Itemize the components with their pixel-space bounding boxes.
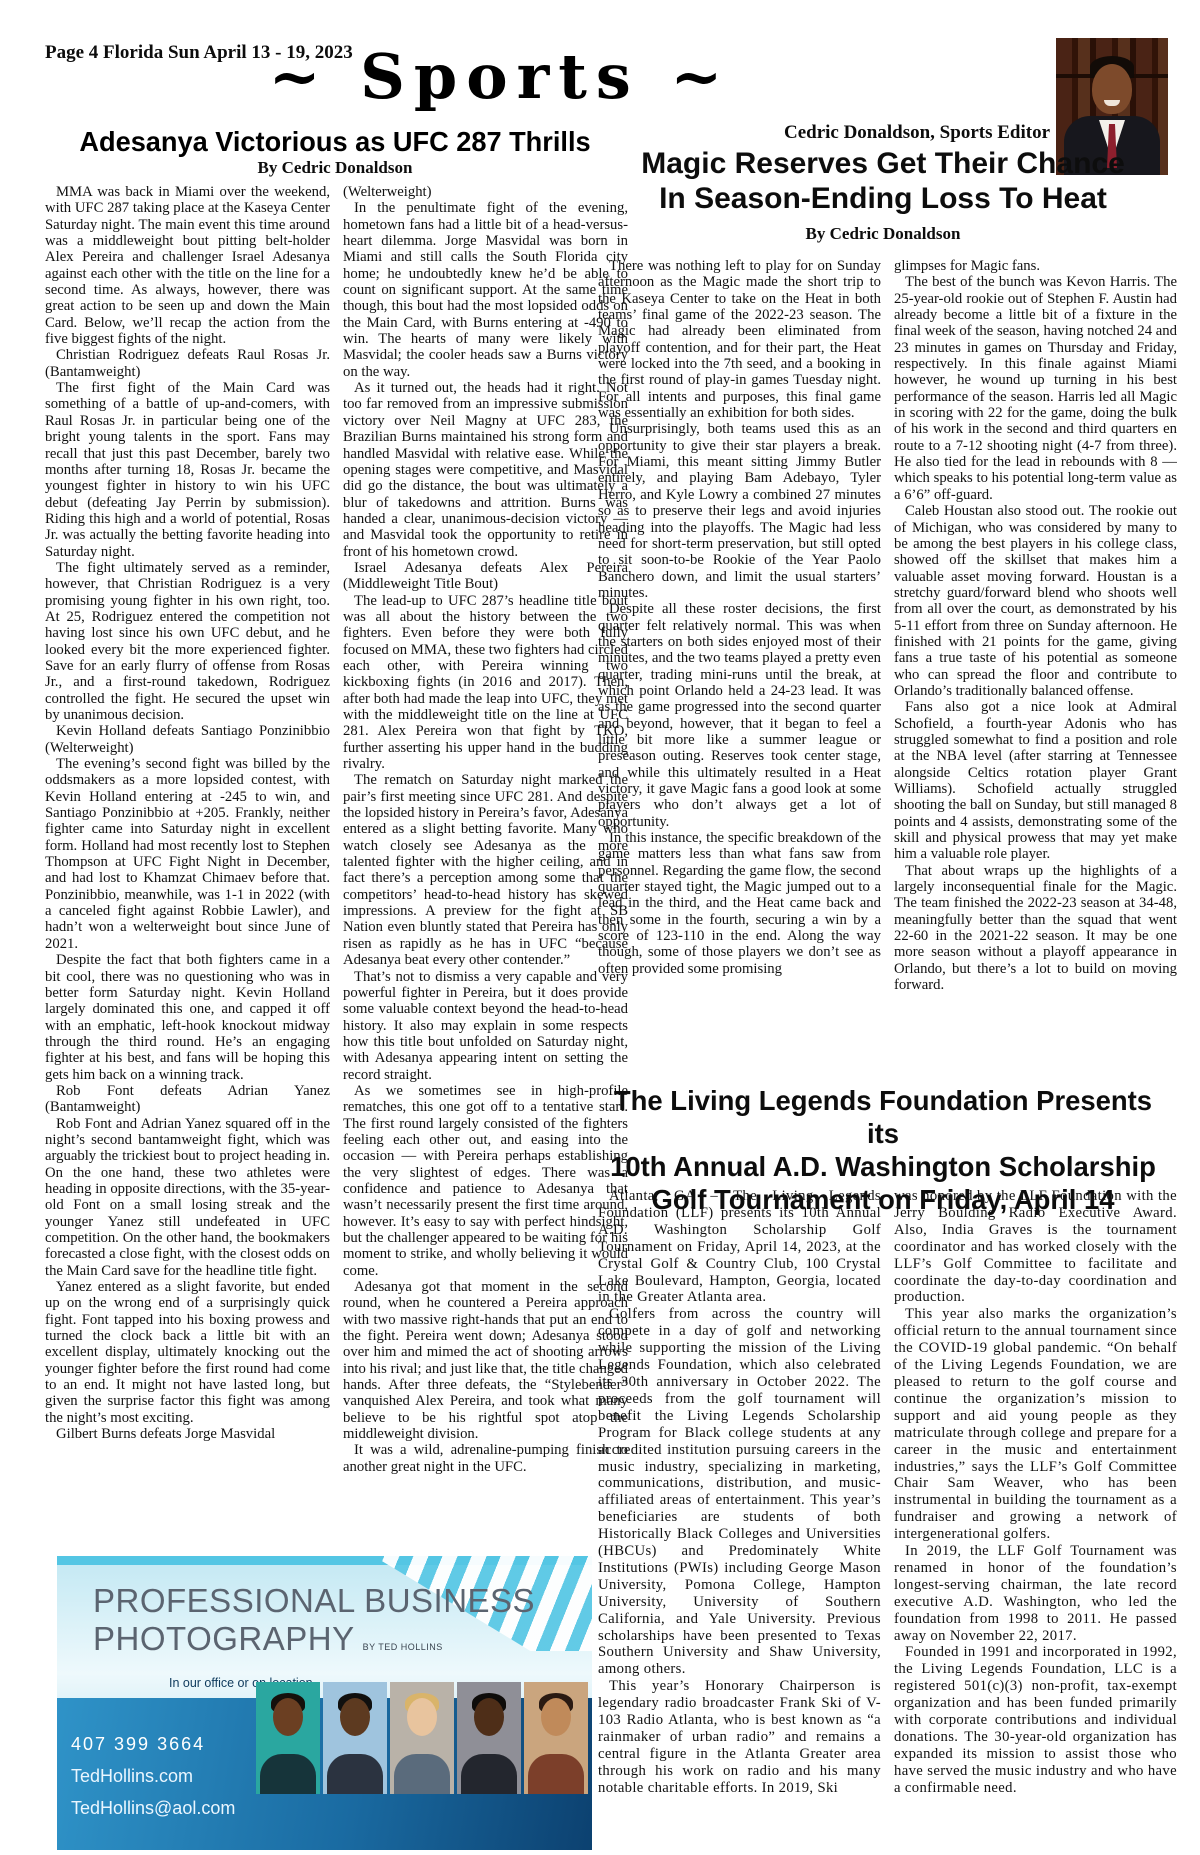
magic-article-headline: Magic Reserves Get Their ChanceIn Season… — [596, 146, 1170, 216]
paragraph: Despite all these roster decisions, the … — [598, 601, 881, 830]
face — [541, 1698, 571, 1736]
paragraph: In Season-Ending Loss To Heat — [596, 181, 1170, 216]
paragraph: glimpses for Magic fans. — [894, 258, 1177, 274]
paragraph: Christian Rodriguez defeats Raul Rosas J… — [45, 347, 330, 380]
headshot-photo-1 — [256, 1682, 320, 1794]
paragraph: Unsurprisingly, both teams used this as … — [598, 421, 881, 601]
paragraph: It was a wild, adrenaline-pumping finish… — [343, 1442, 628, 1475]
magic-column-2: glimpses for Magic fans.The best of the … — [894, 258, 1177, 1080]
paragraph: The first fight of the Main Card was som… — [45, 380, 330, 560]
paragraph: was honored by the LLF Foundation with t… — [894, 1188, 1177, 1306]
paragraph: Yanez entered as a slight favorite, but … — [45, 1279, 330, 1426]
sports-section-title: ~ Sports ~ — [150, 40, 850, 113]
headshot-photo-3 — [390, 1682, 454, 1794]
face — [407, 1698, 437, 1736]
paragraph: This year also marks the organization’s … — [894, 1306, 1177, 1543]
magic-article-body: There was nothing left to play for on Su… — [598, 258, 1177, 1080]
headshot-photo-2 — [323, 1682, 387, 1794]
paragraph: In this instance, the specific breakdown… — [598, 830, 881, 977]
golf-column-1: Atlanta, GA – The Living Legends Foundat… — [598, 1188, 881, 1836]
paragraph: Caleb Houstan also stood out. The rookie… — [894, 503, 1177, 699]
magic-article-byline: By Cedric Donaldson — [596, 224, 1170, 244]
paragraph: Adesanya got that moment in the second r… — [343, 1279, 628, 1442]
face — [273, 1698, 303, 1736]
paragraph: The fight ultimately served as a reminde… — [45, 560, 330, 723]
torso — [528, 1754, 584, 1794]
paragraph: Gilbert Burns defeats Jorge Masvidal — [45, 1426, 330, 1442]
paragraph: As it turned out, the heads had it right… — [343, 380, 628, 560]
torso — [461, 1754, 517, 1794]
paragraph: The lead-up to UFC 287’s headline title … — [343, 593, 628, 773]
paragraph: The best of the bunch was Kevon Harris. … — [894, 274, 1177, 503]
paragraph: Atlanta, GA – The Living Legends Foundat… — [598, 1188, 881, 1306]
ad-credit: BY TED HOLLINS — [363, 1642, 443, 1652]
paragraph: In the penultimate fight of the evening,… — [343, 200, 628, 380]
golf-column-2: was honored by the LLF Foundation with t… — [894, 1188, 1177, 1836]
paragraph: The Living Legends Foundation Presents i… — [598, 1084, 1168, 1150]
ad-website: TedHollins.com — [71, 1766, 193, 1787]
paragraph: Israel Adesanya defeats Alex Pereira (Mi… — [343, 560, 628, 593]
newspaper-page: Page 4 Florida Sun April 13 - 19, 2023 ~… — [0, 0, 1200, 1855]
paragraph: MMA was back in Miami over the weekend, … — [45, 184, 330, 347]
magic-column-1: There was nothing left to play for on Su… — [598, 258, 881, 1080]
paragraph: Founded in 1991 and incorporated in 1992… — [894, 1644, 1177, 1796]
ad-title-line2: PHOTOGRAPHYBY TED HOLLINS — [93, 1620, 443, 1658]
headshot-photo-5 — [524, 1682, 588, 1794]
ad-title-line1: PROFESSIONAL BUSINESS — [93, 1582, 535, 1620]
paragraph: Despite the fact that both fighters came… — [45, 952, 330, 1083]
golf-article-body: Atlanta, GA – The Living Legends Foundat… — [598, 1188, 1177, 1836]
ufc-article-headline: Adesanya Victorious as UFC 287 Thrills — [47, 126, 623, 158]
torso — [394, 1754, 450, 1794]
paragraph: The evening’s second fight was billed by… — [45, 756, 330, 952]
paragraph: Rob Font defeats Adrian Yanez (Bantamwei… — [45, 1083, 330, 1116]
face — [474, 1698, 504, 1736]
paragraph: (Welterweight) — [343, 184, 628, 200]
torso — [327, 1754, 383, 1794]
ad-title-photography: PHOTOGRAPHY — [93, 1620, 355, 1657]
paragraph: In 2019, the LLF Golf Tournament was ren… — [894, 1543, 1177, 1644]
paragraph: Golfers from across the country will com… — [598, 1306, 881, 1678]
editor-caption: Cedric Donaldson, Sports Editor — [610, 122, 1050, 144]
paragraph: That about wraps up the highlights of a … — [894, 863, 1177, 994]
face — [1092, 64, 1132, 114]
paragraph: 10th Annual A.D. Washington Scholarship — [598, 1150, 1168, 1183]
paragraph: Magic Reserves Get Their Chance — [596, 146, 1170, 181]
paragraph: That’s not to dismiss a very capable and… — [343, 969, 628, 1083]
photography-advertisement: PROFESSIONAL BUSINESS PHOTOGRAPHYBY TED … — [57, 1556, 592, 1850]
face — [340, 1698, 370, 1736]
paragraph: There was nothing left to play for on Su… — [598, 258, 881, 421]
ufc-article-byline: By Cedric Donaldson — [38, 158, 632, 178]
torso — [260, 1754, 316, 1794]
paragraph: This year’s Honorary Chairperson is lege… — [598, 1678, 881, 1796]
paragraph: Fans also got a nice look at Admiral Sch… — [894, 699, 1177, 862]
paragraph: Rob Font and Adrian Yanez squared off in… — [45, 1116, 330, 1279]
paragraph: As we sometimes see in high-profile rema… — [343, 1083, 628, 1279]
ad-phone-number: 407 399 3664 — [71, 1734, 205, 1755]
ad-headshot-row — [256, 1682, 588, 1794]
ad-email: TedHollins@aol.com — [71, 1798, 235, 1819]
headshot-photo-4 — [457, 1682, 521, 1794]
ufc-column-1: MMA was back in Miami over the weekend, … — [45, 184, 330, 1544]
paragraph: Kevin Holland defeats Santiago Ponzinibb… — [45, 723, 330, 756]
paragraph: The rematch on Saturday night marked the… — [343, 772, 628, 968]
ufc-column-2: (Welterweight)In the penultimate fight o… — [343, 184, 628, 1544]
ufc-article-body: MMA was back in Miami over the weekend, … — [45, 184, 628, 1544]
